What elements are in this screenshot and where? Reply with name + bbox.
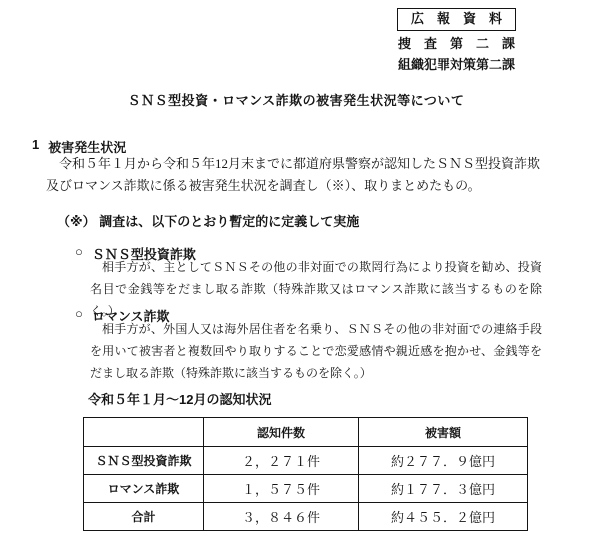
cell-count: １，５７５件	[204, 475, 359, 503]
bullet-circle-icon: ○	[75, 306, 83, 325]
recognition-status-table: 認知件数 被害額 ＳＮＳ型投資詐欺 ２，２７１件 約２７７．９億円 ロマンス詐欺…	[83, 417, 528, 531]
cell-amount: 約２７７．９億円	[359, 447, 528, 475]
table-row-sns-fraud: ＳＮＳ型投資詐欺 ２，２７１件 約２７７．９億円	[84, 447, 528, 475]
definition-description: 相手方が、外国人又は海外居住者を名乗り、ＳＮＳその他の非対面での連絡手段を用いて…	[90, 318, 542, 384]
dept-line-organized-crime: 組織犯罪対策第二課	[397, 57, 516, 73]
cell-amount: 約１７７．３億円	[359, 475, 528, 503]
press-material-box: 広 報 資 料	[397, 8, 516, 31]
dept-line-investigation: 捜 査 第 二 課	[397, 36, 516, 52]
table-row-total: 合計 ３，８４６件 約４５５．２億円	[84, 503, 528, 531]
cell-count: ２，２７１件	[204, 447, 359, 475]
page-title: ＳＮＳ型投資・ロマンス詐欺の被害発生状況等について	[0, 90, 592, 109]
section-body-paragraph: 令和５年１月から令和５年12月末までに都道府県警察が認知したＳＮＳ型投資詐欺及び…	[46, 153, 540, 197]
table-header-row: 認知件数 被害額	[84, 418, 528, 447]
table-row-romance-fraud: ロマンス詐欺 １，５７５件 約１７７．３億円	[84, 475, 528, 503]
bullet-circle-icon: ○	[75, 244, 83, 263]
cell-count: ３，８４６件	[204, 503, 359, 531]
col-header-category	[84, 418, 204, 447]
table-title: 令和５年１月～12月の認知状況	[88, 389, 271, 408]
document-page: 広 報 資 料 捜 査 第 二 課 組織犯罪対策第二課 ＳＮＳ型投資・ロマンス詐…	[0, 0, 592, 542]
col-header-count: 認知件数	[204, 418, 359, 447]
row-label: ロマンス詐欺	[84, 475, 204, 503]
row-label: 合計	[84, 503, 204, 531]
document-header: 広 報 資 料 捜 査 第 二 課 組織犯罪対策第二課	[397, 8, 516, 73]
row-label: ＳＮＳ型投資詐欺	[84, 447, 204, 475]
definition-note: （※） 調査は、以下のとおり暫定的に定義して実施	[57, 211, 359, 230]
cell-amount: 約４５５．２億円	[359, 503, 528, 531]
section-number: 1	[32, 137, 39, 156]
col-header-amount: 被害額	[359, 418, 528, 447]
